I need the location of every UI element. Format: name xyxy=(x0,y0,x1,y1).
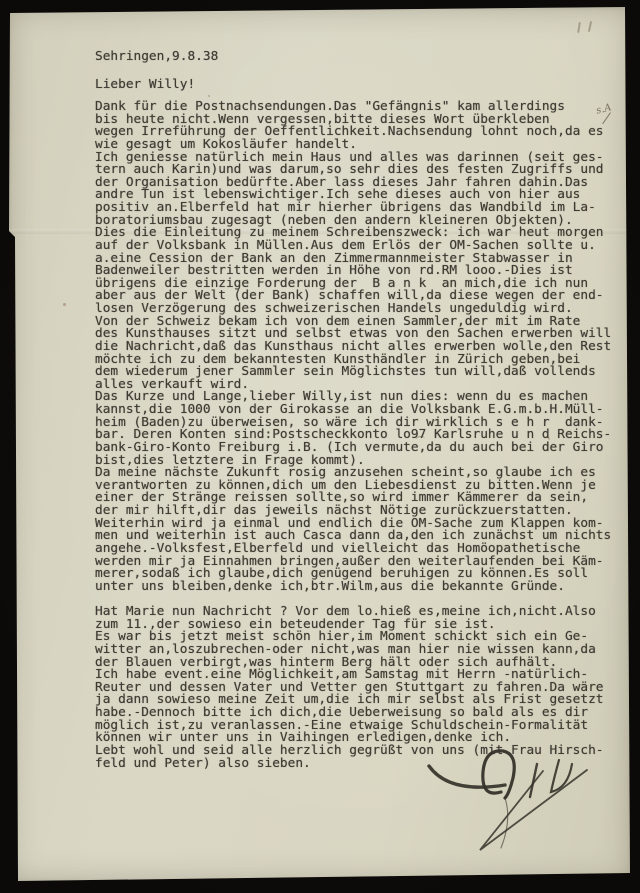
letter-salutation: Lieber Willy! xyxy=(95,79,195,92)
paper-speckle xyxy=(63,303,66,306)
letter-date: Sehringen,9.8.38 xyxy=(95,51,218,64)
letter-body: Dank für die Postnachsendungen.Das "Gefä… xyxy=(95,101,611,770)
insertion-squiggle-icon xyxy=(416,436,426,443)
insertion-squiggle-icon xyxy=(431,419,441,426)
paper-speckle xyxy=(208,95,210,97)
signature-scrawl-icon xyxy=(415,740,630,865)
